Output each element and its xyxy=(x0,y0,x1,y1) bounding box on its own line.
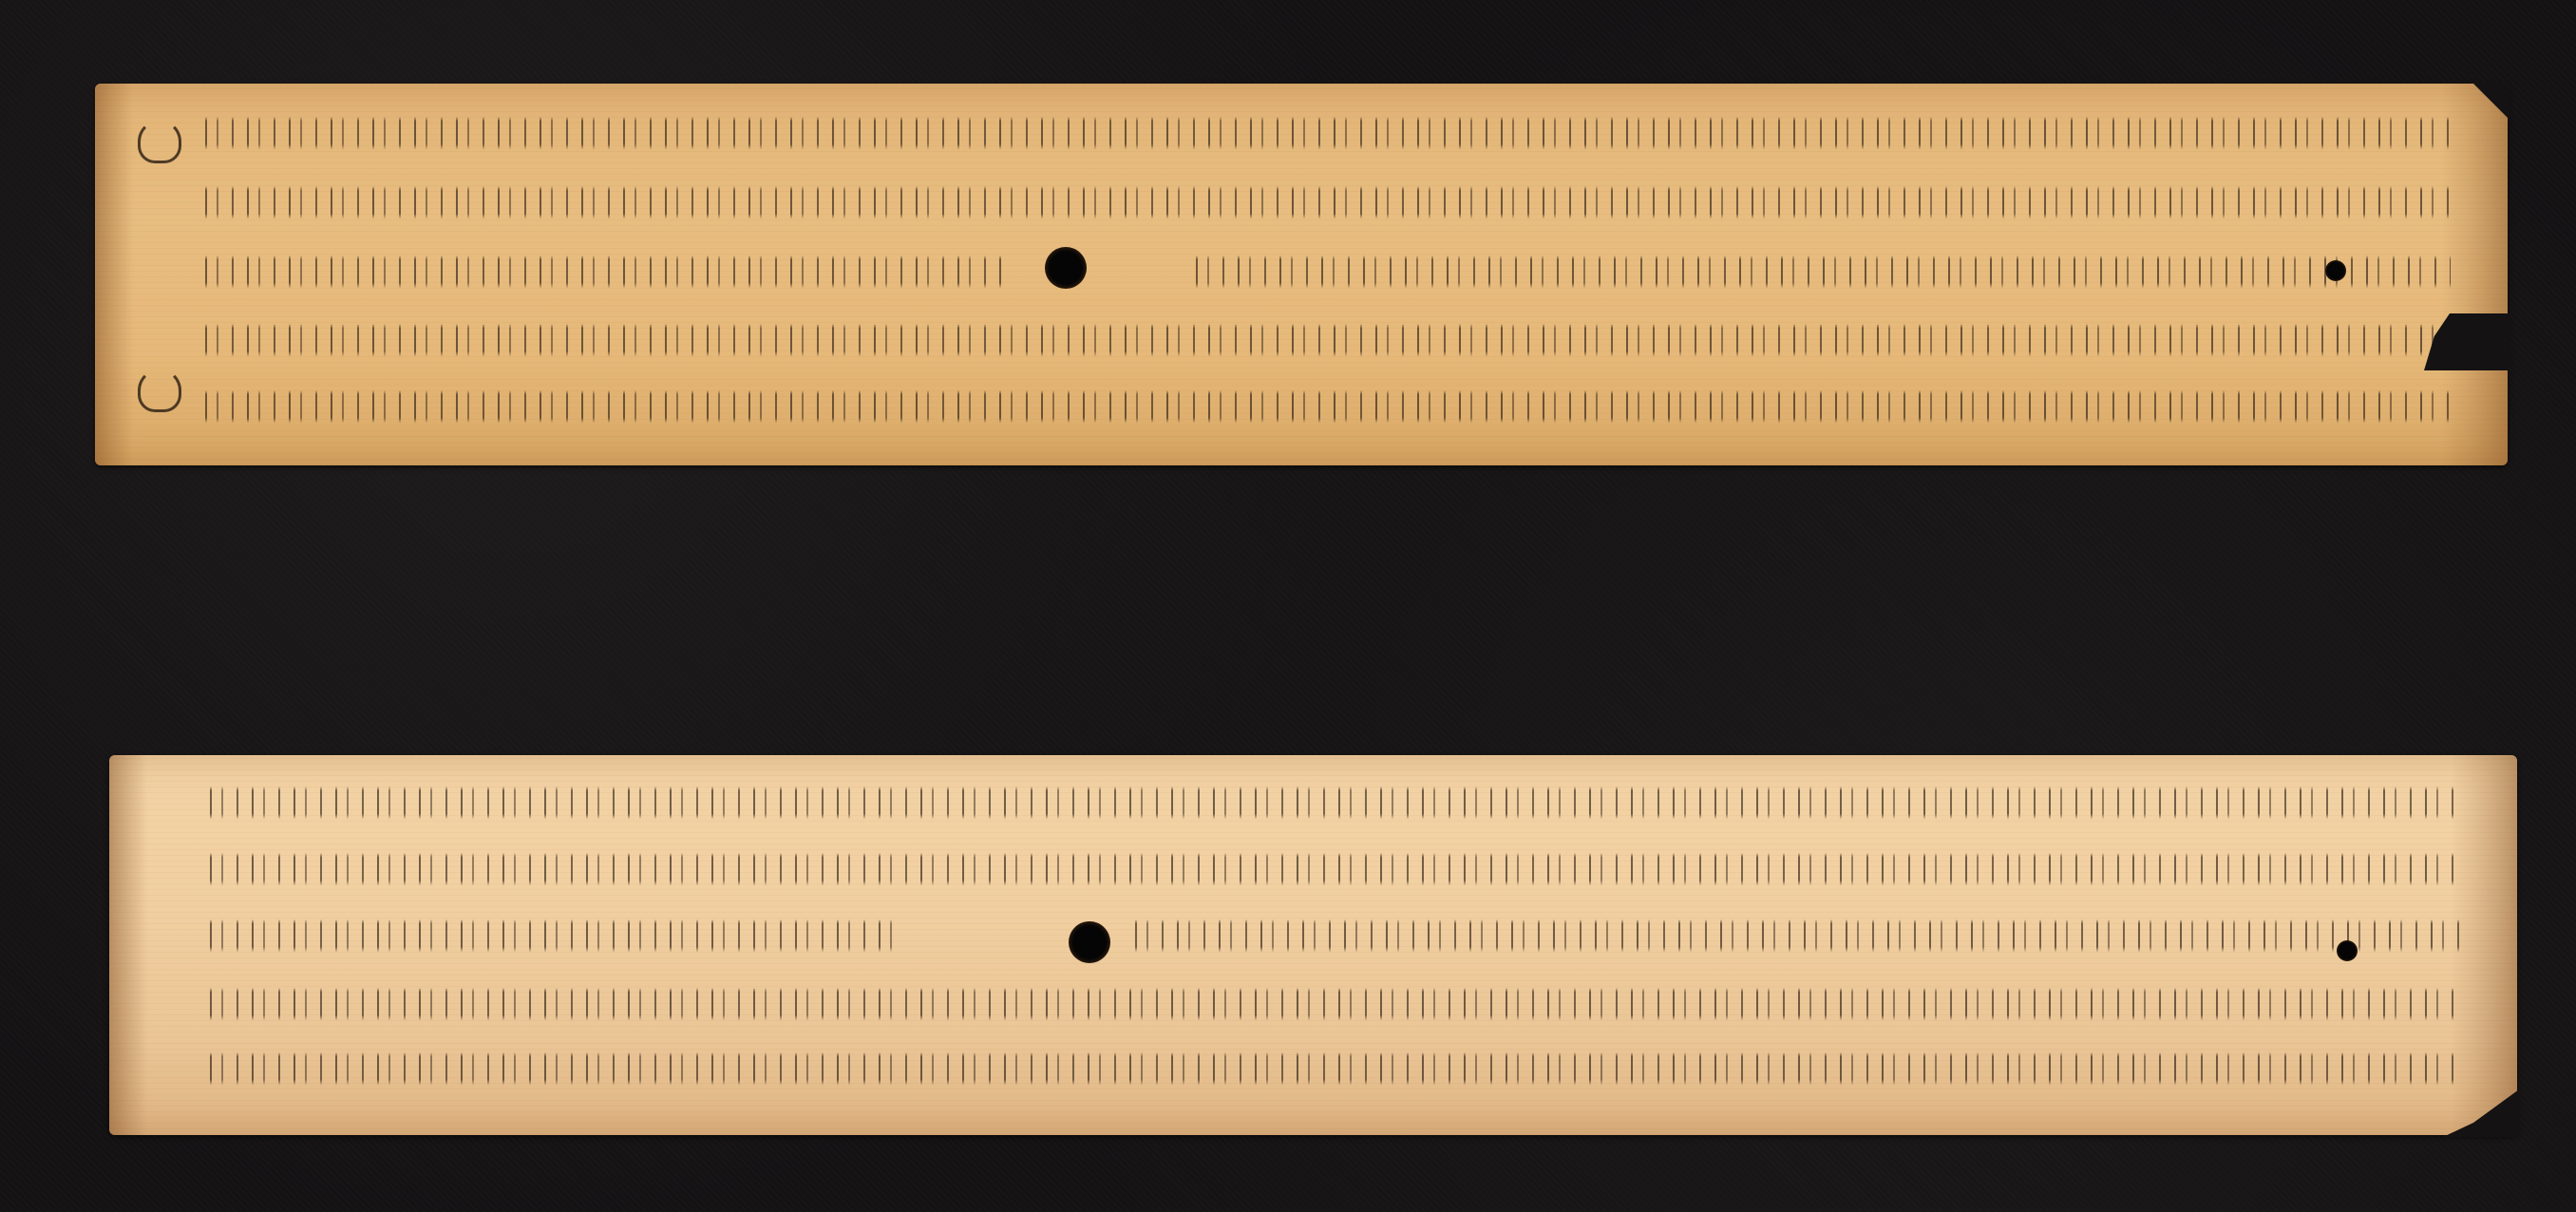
script-line xyxy=(199,174,2451,229)
script-line xyxy=(204,907,2460,962)
script-line xyxy=(199,378,2451,433)
leaf-edge-shadow xyxy=(95,84,133,465)
leaf-edge-shadow xyxy=(2441,84,2508,465)
palm-leaf-folio-top xyxy=(95,84,2508,465)
scene-description: Photograph of two palm-leaf manuscript f… xyxy=(0,0,1,1)
palm-leaf-folio-bottom xyxy=(109,755,2517,1135)
leaf-edge-shadow xyxy=(2451,755,2517,1135)
folio-number-mark xyxy=(138,120,181,163)
binding-hole xyxy=(1069,921,1110,963)
script-line xyxy=(199,104,2451,160)
script-line xyxy=(204,774,2460,829)
script-line xyxy=(204,841,2460,896)
binding-hole xyxy=(1045,247,1087,289)
leaf-edge-shadow xyxy=(109,755,147,1135)
script-line xyxy=(199,243,2451,298)
script-line xyxy=(204,1040,2460,1095)
folio-number-mark xyxy=(138,369,181,412)
binding-hole xyxy=(2325,260,2346,281)
script-line xyxy=(199,312,2451,367)
script-line xyxy=(204,975,2460,1031)
binding-hole xyxy=(2337,940,2358,961)
